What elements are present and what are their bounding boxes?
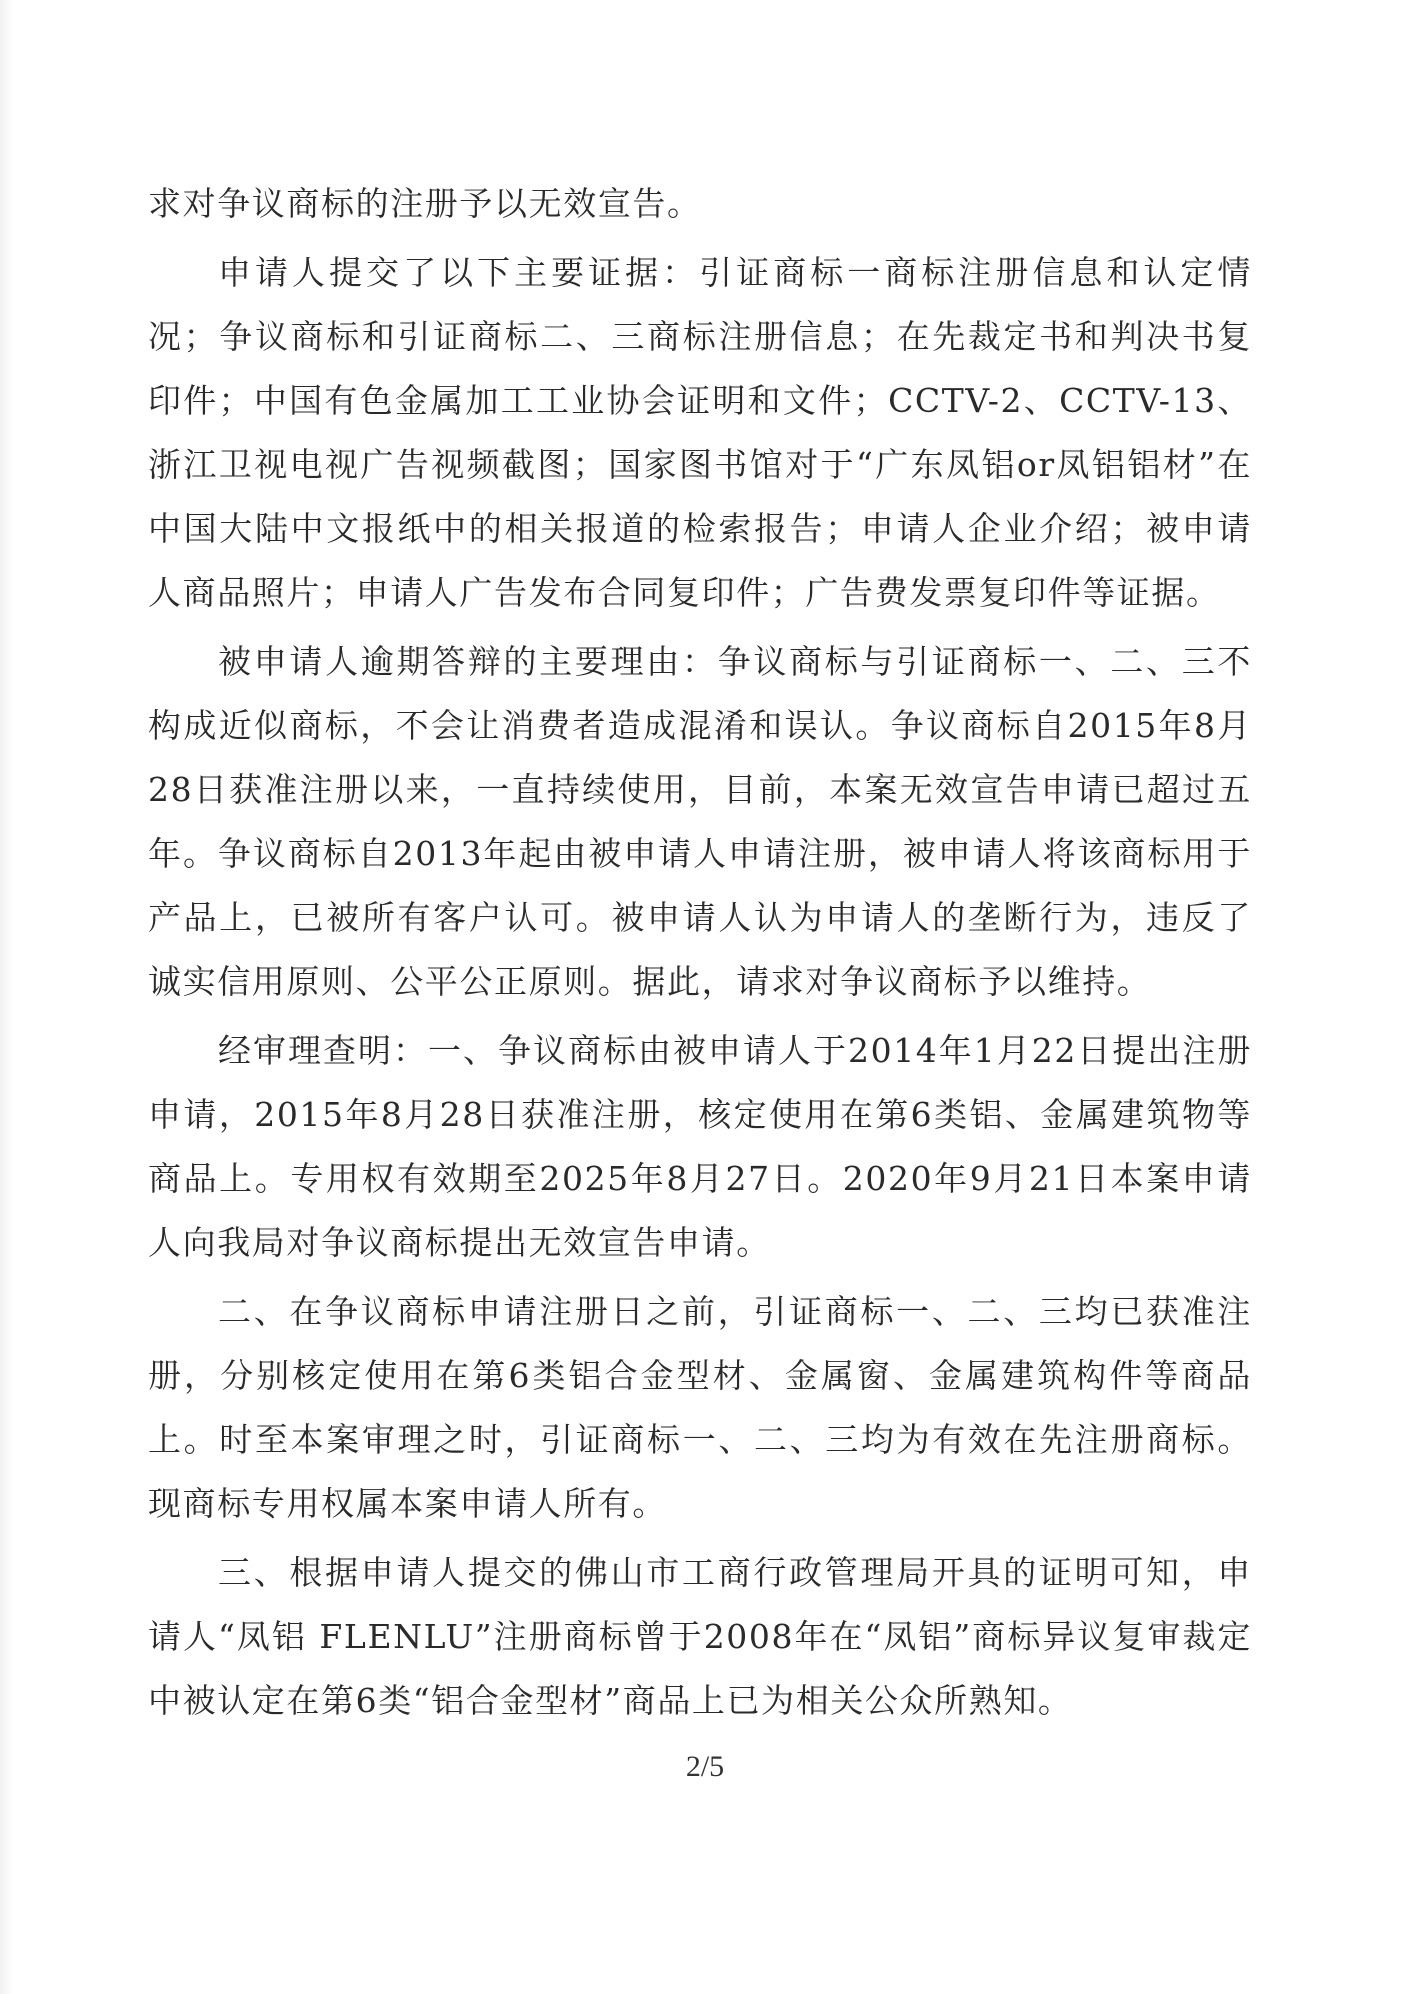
paragraph-findings-three: 三、根据申请人提交的佛山市工商行政管理局开具的证明可知，申请人“凤铝 FLENL… [148,1541,1252,1733]
paragraph-findings-one: 经审理查明：一、争议商标由被申请人于2014年1月22日提出注册申请，2015年… [148,1019,1252,1275]
paragraph-respondent-reasons: 被申请人逾期答辩的主要理由：争议商标与引证商标一、二、三不构成近似商标，不会让消… [148,630,1252,1014]
paragraph-request-conclusion: 求对争议商标的注册予以无效宣告。 [148,172,1252,236]
page-number: 2/5 [0,1750,1410,1784]
paragraph-applicant-evidence: 申请人提交了以下主要证据：引证商标一商标注册信息和认定情况；争议商标和引证商标二… [148,241,1252,625]
document-body: 求对争议商标的注册予以无效宣告。 申请人提交了以下主要证据：引证商标一商标注册信… [148,172,1252,1733]
paragraph-findings-two: 二、在争议商标申请注册日之前，引证商标一、二、三均已获准注册，分别核定使用在第6… [148,1280,1252,1536]
scan-edge-shadow [0,0,14,1994]
document-page: 求对争议商标的注册予以无效宣告。 申请人提交了以下主要证据：引证商标一商标注册信… [0,0,1410,1994]
